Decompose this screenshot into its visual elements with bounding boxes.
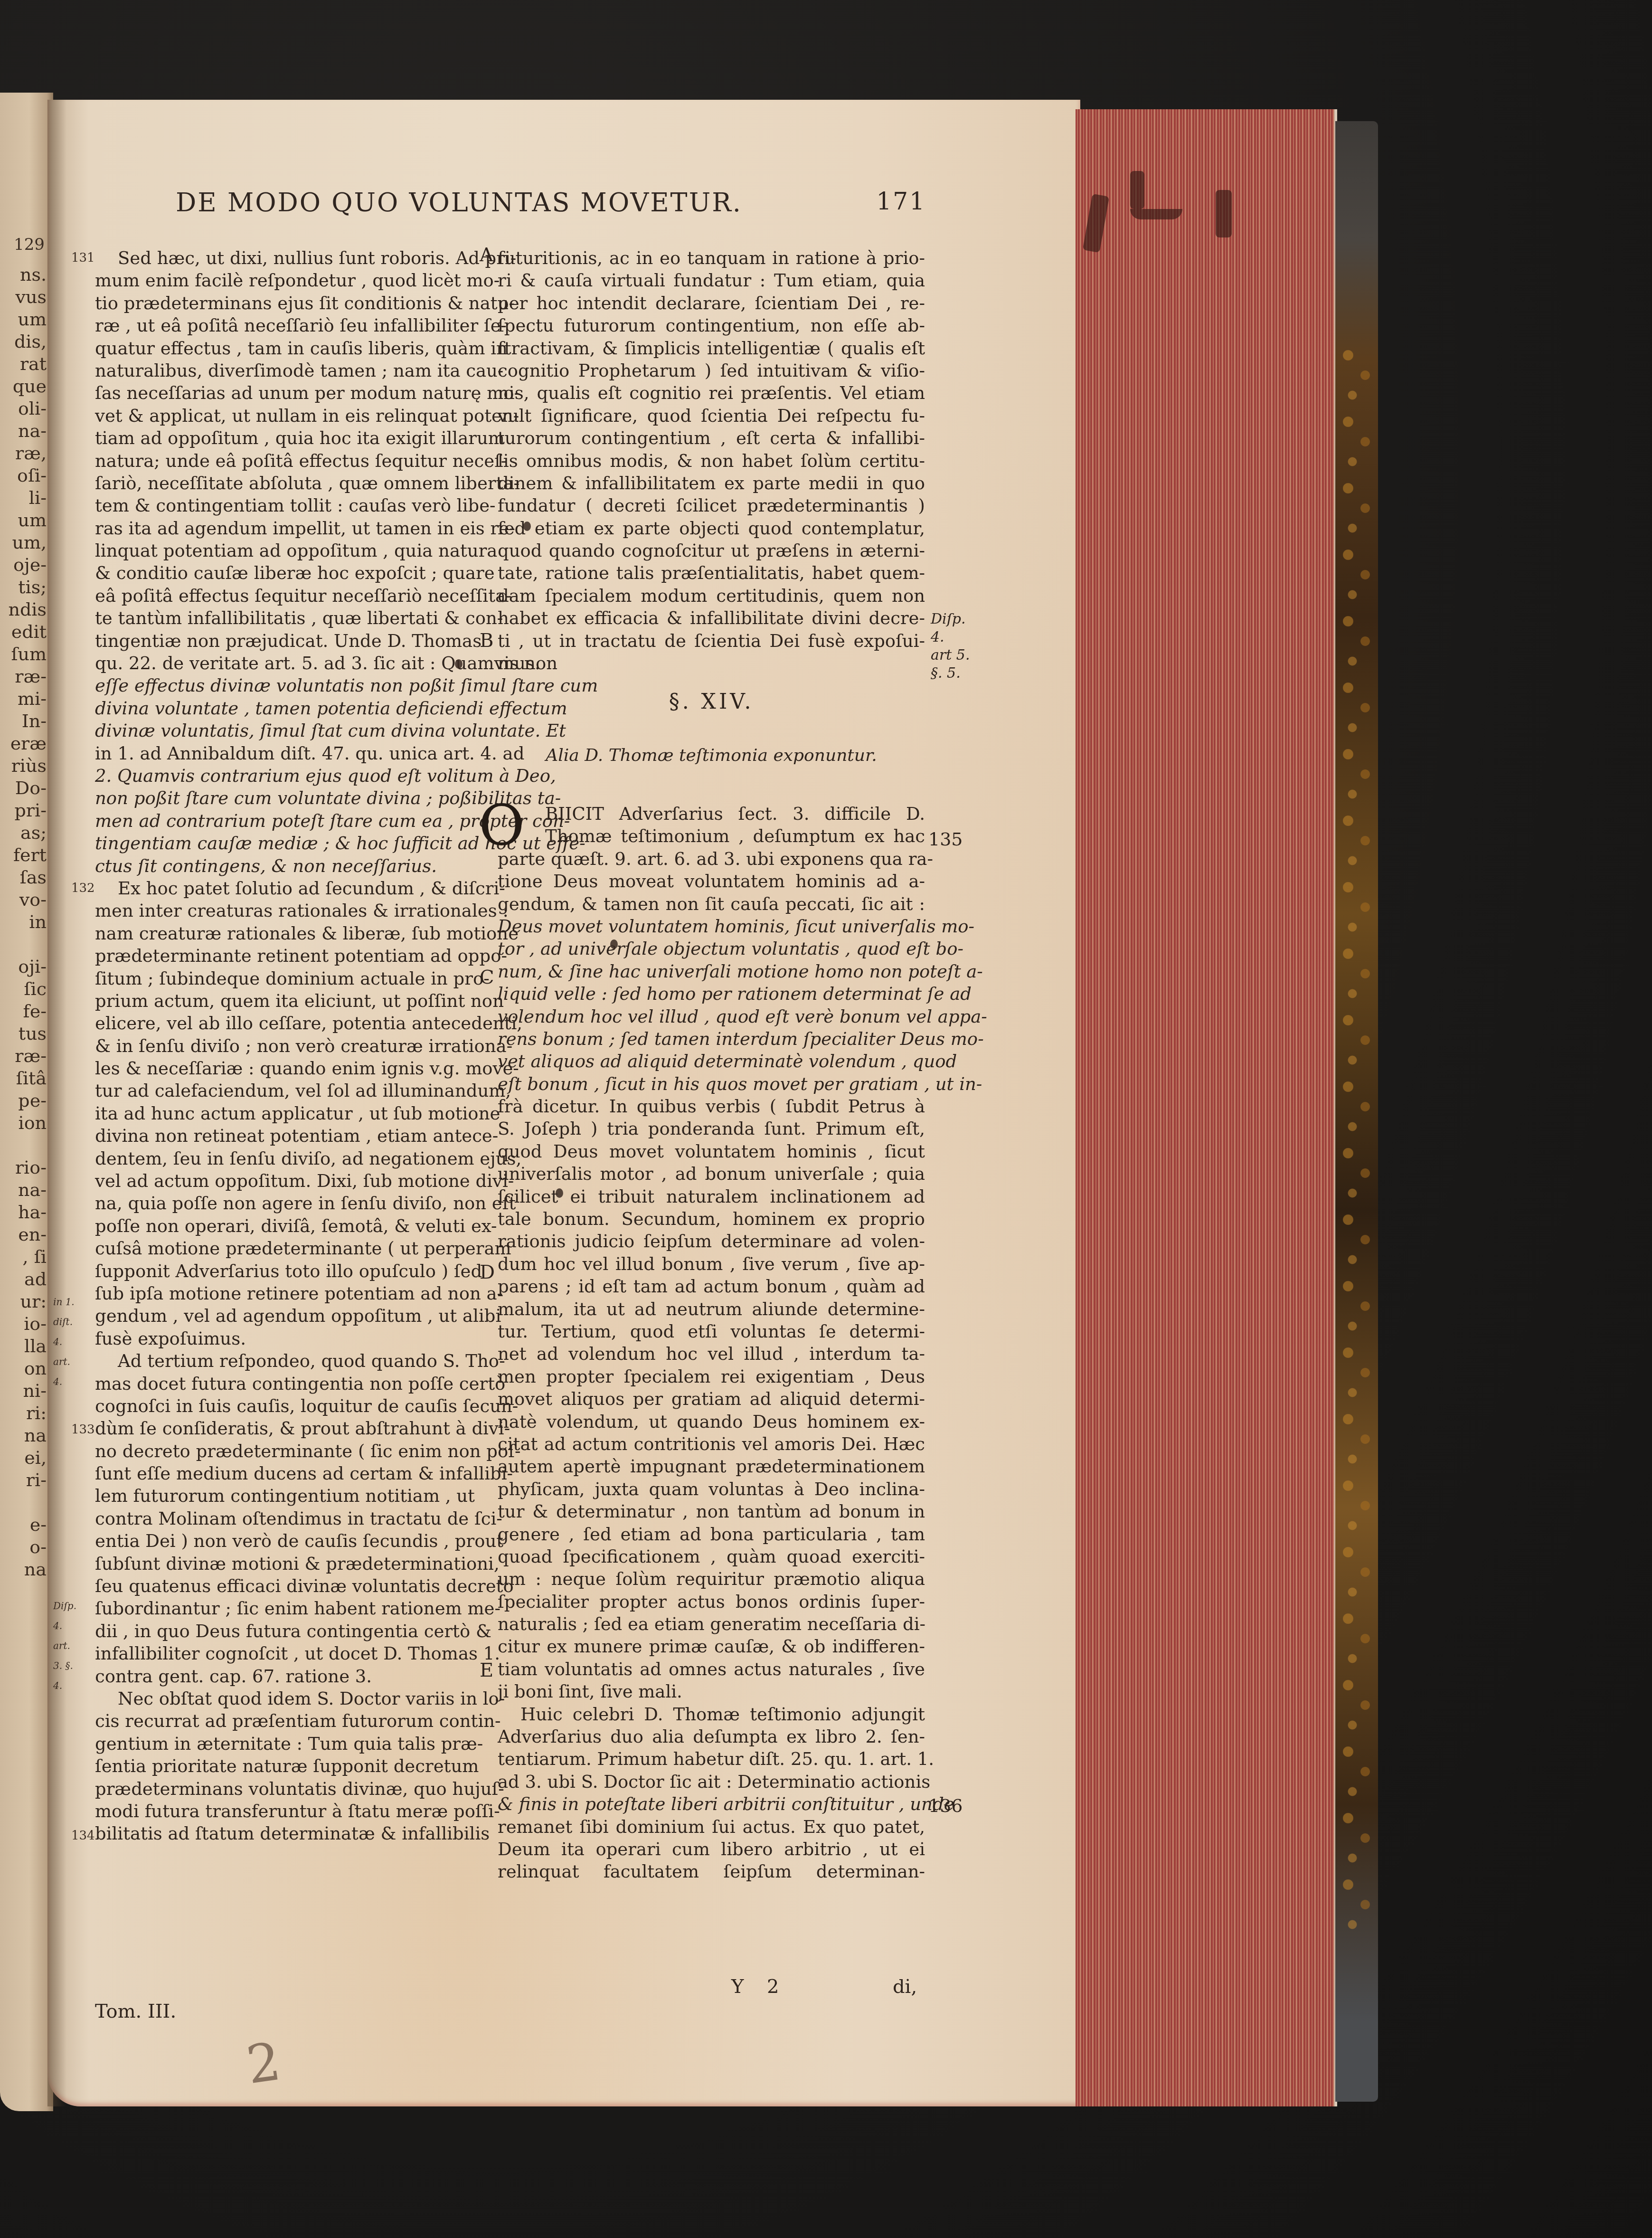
text-line: na, quia poſſe non agere in ſenſu diviſo… [95, 1192, 475, 1214]
fragment-line: ræ- [9, 1045, 47, 1067]
text-line: contra Molinam oſtendimus in tractatu de… [95, 1508, 475, 1530]
text-line: quatur effectus , tam in cauſis liberis,… [95, 337, 475, 360]
text-line: qu. 22. de veritate art. 5. ad 3. ſic ai… [95, 652, 475, 674]
text-line: ri & cauſa virtuali fundatur : Tum etiam… [498, 269, 925, 292]
text-line: remanet ſibi dominium ſui actus. Ex quo … [498, 1816, 925, 1838]
text-line: BIICIT Adverſarius ſect. 3. difficile D. [498, 803, 925, 825]
left-text-column: Sed hæc, ut dixi, nullius ſunt roboris. … [95, 247, 475, 1845]
side-note-line: §. 5. [931, 664, 970, 683]
text-line: quod Deus movet voluntatem hominis , ſic… [498, 1140, 925, 1163]
text-line: tur & determinatur , non tantùm ad bonum… [498, 1500, 925, 1523]
fragment-line: , ſi [9, 1246, 47, 1268]
fragment-line: mi- [9, 688, 47, 710]
text-line: men propter ſpecialem rei exigentiam , D… [498, 1366, 925, 1388]
text-line: cis recurrat ad præſentiam futurorum con… [95, 1710, 475, 1732]
text-line: tingentiam cauſæ mediæ ; & hoc ſufficit … [95, 832, 475, 854]
fragment-line: lla [9, 1335, 47, 1357]
catchword: di, [893, 1976, 917, 1998]
text-line: dii , in quo Deus futura contingentia ce… [95, 1620, 475, 1642]
fragment-line: que [9, 375, 47, 398]
margin-number: 134 [71, 1829, 95, 1843]
text-line: vet aliquos ad aliquid determinatè volen… [498, 1050, 925, 1072]
fragment-line: ſitâ [9, 1067, 47, 1090]
text-line: prium actum, quem ita eliciunt, ut poſſi… [95, 990, 475, 1012]
text-line: ſpectu futurorum contingentium, non eſſe… [498, 314, 925, 337]
fragment-line: as; [9, 822, 47, 844]
text-line: frà dicetur. In quibus verbis ( ſubdit P… [498, 1095, 925, 1118]
fragment-line: In- [9, 710, 47, 732]
margin-number: 131 [71, 251, 95, 265]
text-line: volendum hoc vel illud , quod eſt verè b… [498, 1005, 925, 1028]
fragment-line: e- [9, 1514, 47, 1536]
text-line: cognoſci in ſuis cauſis, loquitur de cau… [95, 1395, 475, 1417]
fragment-line: edit [9, 621, 47, 643]
fragment-line: um, [9, 531, 47, 554]
text-line: relinquat facultatem ſeipſum determinan- [498, 1860, 925, 1883]
text-line: eâ poſitâ effectus ſequitur neceſſariò n… [95, 585, 475, 607]
text-line: tiam ad oppoſitum , quia hoc ita exigit … [95, 427, 475, 449]
fragment-line: in [9, 911, 47, 933]
text-line: ſubordinantur ; ſic enim habent rationem… [95, 1597, 475, 1620]
text-line: citur ex munere primæ cauſæ, & ob indiff… [498, 1635, 925, 1658]
fragment-line [9, 933, 47, 956]
text-line: divinæ voluntatis, ſimul ſtat cum divina… [95, 720, 475, 742]
ink-stain [1216, 190, 1232, 237]
fragment-line: pe- [9, 1090, 47, 1112]
text-line: malum, ita ut ad neutrum aliunde determi… [498, 1298, 925, 1320]
fragment-line: rio- [9, 1157, 47, 1179]
text-line: ad 3. ubi S. Doctor ſic ait : Determinat… [498, 1771, 925, 1793]
text-line: tor , ad univerſale objectum voluntatis … [498, 938, 925, 960]
text-line: & in ſenſu diviſo ; non verò creaturæ ir… [95, 1035, 475, 1057]
left-page-text-fragments: ns.vusumdis,ratqueoli-na-ræ,oſi-li-umum,… [9, 264, 47, 1581]
running-header: DE MODO QUO VOLUNTAS MOVETUR. 171 [176, 188, 926, 221]
section-letter-a: A [480, 244, 493, 266]
fragment-line: ni- [9, 1380, 47, 1402]
fragment-line [9, 1134, 47, 1157]
fragment-line: vus [9, 286, 47, 308]
text-line: elicere, vel ab illo ceſſare, potentia a… [95, 1012, 475, 1034]
text-line: autem apertè impugnant prædeterminatione… [498, 1455, 925, 1478]
text-line: vel ad actum oppoſitum. Dixi, ſub motion… [95, 1170, 475, 1192]
fragment-line: na- [9, 1179, 47, 1201]
left-page-number: 129 [14, 235, 45, 254]
section-heading: §. XIV. [498, 690, 925, 714]
text-line: Thomæ teſtimonium , deſumptum ex hac [498, 825, 925, 847]
fragment-line: eræ [9, 732, 47, 755]
text-line: men inter creaturas rationales & irratio… [95, 900, 475, 922]
fragment-line: ei, [9, 1447, 47, 1469]
text-line: ti , ut in tractatu de ſcientia Dei fusè… [498, 630, 925, 652]
section-letter-e: E [480, 1660, 493, 1681]
text-line: ſub ipſa motione retinere potentiam ad n… [95, 1282, 475, 1305]
fragment-line: ion [9, 1112, 47, 1134]
fragment-line: ri: [9, 1402, 47, 1424]
text-line: ſitum ; ſubindeque dominium actuale in p… [95, 967, 475, 990]
left-facing-page: ns.vusumdis,ratqueoli-na-ræ,oſi-li-umum,… [0, 93, 53, 2111]
text-line: quoad ſpecificationem , quàm quoad exerc… [498, 1546, 925, 1568]
text-line: genere , ſed etiam ad bona particularia … [498, 1523, 925, 1546]
text-line: rationis judicio ſeipſum determinare ad … [498, 1230, 925, 1252]
fragment-line: um [9, 509, 47, 531]
text-line: net ad volendum hoc vel illud , interdum… [498, 1343, 925, 1365]
fragment-line: fe- [9, 1000, 47, 1023]
ink-spot [455, 659, 463, 669]
text-line: ras ita ad agendum impellit, ut tamen in… [95, 517, 475, 540]
fragment-line: tis; [9, 576, 47, 598]
text-line: Adverſarius duo alia deſumpta ex libro 2… [498, 1726, 925, 1748]
text-line: 2. Quamvis contrarium ejus quod eſt voli… [95, 765, 475, 787]
fragment-line: oje- [9, 554, 47, 576]
text-line: ji boni ſint, ſive mali. [498, 1680, 925, 1703]
text-line: quod quando cognoſcitur ut præſens in æt… [498, 540, 925, 562]
text-line: gendum, & tamen non ſit cauſa peccati, ſ… [498, 893, 925, 915]
page-number: 171 [877, 188, 926, 215]
text-line: cuſsâ motione prædeterminante ( ut perpe… [95, 1237, 475, 1260]
fragment-line: um [9, 308, 47, 331]
section-letter-b: B [480, 630, 493, 652]
text-line: contra gent. cap. 67. ratione 3. [95, 1665, 475, 1688]
text-line: ſentia prioritate naturæ ſupponit decret… [95, 1755, 475, 1777]
section-letter-c: C [480, 967, 494, 988]
text-line: eſſe effectus divinæ voluntatis non poßi… [95, 674, 475, 697]
text-line: per hoc intendit declarare, ſcientiam De… [498, 292, 925, 314]
fragment-line: dis, [9, 331, 47, 353]
text-line: natura; unde eâ poſitâ effectus ſequitur… [95, 450, 475, 472]
text-line: tione Deus moveat voluntatem hominis ad … [498, 870, 925, 892]
text-line: nam creaturæ rationales & liberæ, ſub mo… [95, 922, 475, 945]
text-line: Sed hæc, ut dixi, nullius ſunt roboris. … [95, 247, 475, 269]
ink-spot [556, 1188, 563, 1198]
fragment-line: na [9, 1558, 47, 1581]
text-line: tio prædeterminans ejus ſit conditionis … [95, 292, 475, 314]
fragment-line: on [9, 1357, 47, 1380]
text-line: ræ , ut eâ poſitâ neceſſariò ſeu infalli… [95, 314, 475, 337]
text-line: prædeterminans voluntatis divinæ, quo hu… [95, 1778, 475, 1800]
text-line: Ad tertium reſpondeo, quod quando S. Tho… [95, 1350, 475, 1372]
text-line: vult ſignificare, quod ſcientia Dei reſp… [498, 405, 925, 427]
text-line: ſeu quatenus efficaci divinæ voluntatis … [95, 1575, 475, 1597]
margin-number: 135 [928, 829, 963, 850]
fragment-line: ndis [9, 598, 47, 621]
text-line: fusè expoſuimus. [95, 1328, 475, 1350]
text-line: ſtractivam, & ſimplicis intelligentiæ ( … [498, 337, 925, 360]
fragment-line: ns. [9, 264, 47, 286]
text-line: eſt bonum , ſicut in his quos movet per … [498, 1073, 925, 1095]
running-head-title: DE MODO QUO VOLUNTAS MOVETUR. [176, 188, 742, 218]
text-line: cognitio Prophetarum ) ſed intuitivam & … [498, 360, 925, 382]
text-line: parens ; id eſt tam ad actum bonum , quà… [498, 1275, 925, 1298]
fragment-line: ur: [9, 1290, 47, 1313]
text-line: dentem, ſeu in ſenſu diviſo, ad negation… [95, 1147, 475, 1170]
text-line: ſas neceſſarias ad unum per modum naturę… [95, 382, 475, 404]
text-line: mus. [498, 652, 925, 674]
fragment-line: ſic [9, 978, 47, 1000]
text-line: ſariò, neceſſitate abſoluta , quæ omnem … [95, 472, 475, 494]
text-line: les & neceſſariæ : quando enim ignis v.g… [95, 1057, 475, 1080]
text-line: lem futurorum contingentium notitiam , u… [95, 1485, 475, 1507]
text-line: tiam voluntatis ad omnes actus naturales… [498, 1658, 925, 1680]
text-line: phyſicam, juxta quam voluntas à Deo incl… [498, 1478, 925, 1500]
fragment-line: vo- [9, 889, 47, 911]
margin-reference: in 1. diſt. 4. art. 4. [53, 1292, 82, 1392]
red-page-edges [1076, 109, 1337, 2106]
text-line: tentiarum. Primum habetur diſt. 25. qu. … [498, 1748, 925, 1770]
text-line: nis, qualis eſt cognitio rei præſentis. … [498, 382, 925, 404]
text-line: turorum contingentium , eſt certa & infa… [498, 427, 925, 449]
text-line: liquid velle : ſed homo per rationem det… [498, 983, 925, 1005]
fragment-line: ri- [9, 1469, 47, 1491]
text-line: ſpecialiter propter actus bonos ordinis … [498, 1591, 925, 1613]
text-line: dum hoc vel illud bonum , ſive verum , ſ… [498, 1253, 925, 1275]
text-line: mum enim facilè reſpondetur , quod licèt… [95, 269, 475, 292]
text-line: tate, ratione talis præſentialitatis, ha… [498, 562, 925, 584]
text-line: parte quæſt. 9. art. 6. ad 3. ubi expone… [498, 848, 925, 870]
fragment-line: li- [9, 487, 47, 509]
text-line: natè volendum, ut quando Deus hominem ex… [498, 1411, 925, 1433]
fragment-line: ſas [9, 866, 47, 889]
text-line: Huic celebri D. Thomæ teſtimonio adjungi… [498, 1703, 925, 1726]
fragment-line: rat [9, 353, 47, 375]
fragment-line: oli- [9, 398, 47, 420]
text-line: habet ex efficacia & infallibilitate div… [498, 607, 925, 629]
marbled-cover-pattern [1335, 342, 1378, 1943]
margin-number: 136 [928, 1795, 963, 1816]
text-line: gendum , vel ad agendum oppoſitum , ut a… [95, 1305, 475, 1327]
fragment-line: ſum [9, 643, 47, 665]
text-line: ctus ſit contingens, & non neceſſarius. [95, 855, 475, 877]
text-line: futuritionis, ac in eo tanquam in ration… [498, 247, 925, 269]
text-line: dinem & infallibilitatem ex parte medii … [498, 472, 925, 494]
fragment-line: riùs [9, 755, 47, 777]
text-line: tingentiæ non præjudicat. Unde D. Thomas [95, 630, 475, 652]
ink-spot [610, 939, 618, 949]
text-line: tale bonum. Secundum, hominem ex proprio [498, 1208, 925, 1230]
text-line: gentium in æternitate : Tum quia talis p… [95, 1733, 475, 1755]
text-line: rens bonum ; ſed tamen interdum ſpeciali… [498, 1028, 925, 1050]
text-line: ita ad hunc actum applicatur , ut ſub mo… [95, 1102, 475, 1125]
fragment-line: ad [9, 1268, 47, 1290]
text-line: tur ad calefaciendum, vel ſol ad illumin… [95, 1080, 475, 1102]
side-note: Diſp. 4. art 5. §. 5. [931, 610, 970, 683]
text-line: non poßit ſtare cum voluntate divina ; p… [95, 787, 475, 809]
text-line: ſunt eſſe medium ducens ad certam & infa… [95, 1462, 475, 1485]
text-line: entia Dei ) non verò de cauſis ſecundis … [95, 1530, 475, 1552]
text-line: & conditio cauſæ liberæ hoc expoſcit ; q… [95, 562, 475, 584]
text-line: ſubſunt divinæ motioni & prædeterminatio… [95, 1553, 475, 1575]
text-line: in 1. ad Annibaldum diſt. 47. qu. unica … [95, 742, 475, 765]
fragment-line: o- [9, 1536, 47, 1558]
text-line: naturalis ; ſed ea etiam generatim neceſ… [498, 1613, 925, 1635]
text-line: te tantùm infallibilitatis , quæ liberta… [95, 607, 475, 629]
right-text-column-bottom: BIICIT Adverſarius ſect. 3. difficile D.… [498, 803, 925, 1883]
fragment-line: pri- [9, 799, 47, 822]
fragment-line: io- [9, 1313, 47, 1335]
fragment-line: na [9, 1424, 47, 1447]
text-line: S. Joſeph ) tria ponderanda ſunt. Primum… [498, 1118, 925, 1140]
fragment-line: ha- [9, 1201, 47, 1223]
ink-stain [1130, 209, 1182, 219]
text-line: Ex hoc patet ſolutio ad ſecundum , & diſ… [95, 877, 475, 900]
text-line: bilitatis ad ſtatum determinatæ & infall… [95, 1822, 475, 1845]
text-line: no decreto prædeterminante ( ſic enim no… [95, 1440, 475, 1462]
text-line: dùm ſe conſideratis, & prout abſtrahunt … [95, 1417, 475, 1440]
text-line: ſed etiam ex parte objecti quod contempl… [498, 517, 925, 540]
fragment-line [9, 1491, 47, 1514]
text-line: divina non retineat potentiam , etiam an… [95, 1125, 475, 1147]
fragment-line: na- [9, 420, 47, 442]
text-line: citat ad actum contritionis vel amoris D… [498, 1433, 925, 1455]
fragment-line: ræ, [9, 442, 47, 465]
right-text-column-top: futuritionis, ac in eo tanquam in ration… [498, 247, 925, 674]
text-line: um : neque ſolùm requiritur præmotio ali… [498, 1568, 925, 1590]
text-line: modi futura transferuntur à ſtatu meræ p… [95, 1800, 475, 1822]
volume-mark: Tom. III. [95, 2001, 176, 2022]
text-line: linquat potentiam ad oppoſitum , quia na… [95, 540, 475, 562]
fragment-line: Do- [9, 777, 47, 799]
margin-number: 132 [71, 881, 95, 895]
text-line: lis omnibus modis, & non habet ſolùm cer… [498, 450, 925, 472]
fragment-line: en- [9, 1223, 47, 1246]
text-line: men ad contrarium poteſt ſtare cum ea , … [95, 810, 475, 832]
text-line: naturalibus, diverſimodè tamen ; nam ita… [95, 360, 475, 382]
text-line: univerſalis motor , ad bonum univerſale … [498, 1163, 925, 1185]
fragment-line: oji- [9, 956, 47, 978]
text-line: divina voluntate , tamen potentia defici… [95, 697, 475, 720]
text-line: ſupponit Adverſarius toto illo opuſculo … [95, 1260, 475, 1282]
text-line: & finis in poteſtate liberi arbitrii con… [498, 1793, 925, 1815]
ink-spot [523, 522, 531, 531]
margin-number: 133 [71, 1422, 95, 1437]
text-line: Deum ita operari cum libero arbitrio , u… [498, 1838, 925, 1860]
fragment-line: tus [9, 1023, 47, 1045]
side-note-line: 4. [931, 628, 970, 646]
gutter-shadow [47, 100, 66, 2106]
fragment-line: fert [9, 844, 47, 866]
margin-reference: Diſp. 4. art. 3. §. 4. [53, 1596, 82, 1696]
text-line: num, & ſine hac univerſali motione homo … [498, 960, 925, 983]
text-line: poſſe non operari, diviſâ, ſemotâ, & vel… [95, 1215, 475, 1237]
ink-stain [1130, 171, 1144, 209]
text-line: Nec obſtat quod idem S. Doctor variis in… [95, 1688, 475, 1710]
section-letter-d: D [480, 1261, 495, 1283]
text-line: infallibiliter cognoſcit , ut docet D. T… [95, 1642, 475, 1665]
side-note-line: art 5. [931, 646, 970, 664]
text-line: dam ſpecialem modum certitudinis, quem n… [498, 585, 925, 607]
side-note-line: Diſp. [931, 610, 970, 628]
text-line: tem & contingentiam tollit : cauſas verò… [95, 494, 475, 517]
signature-mark: Y 2 [731, 1976, 788, 1998]
fragment-line: oſi- [9, 465, 47, 487]
fragment-line: ræ- [9, 665, 47, 688]
section-subtitle: Alia D. Thomæ teſtimonia exponuntur. [498, 746, 925, 765]
text-line: Deus movet voluntatem hominis, ſicut uni… [498, 915, 925, 938]
text-line: prædeterminante retinent potentiam ad op… [95, 945, 475, 967]
text-line: mas docet futura contingentia non poſſe … [95, 1373, 475, 1395]
text-line: tur. Tertium, quod etſi voluntas ſe dete… [498, 1320, 925, 1343]
text-line: fundatur ( decreti ſcilicet prædetermina… [498, 494, 925, 517]
text-line: vet & applicat, ut nullam in eis relinqu… [95, 405, 475, 427]
text-line: movet aliquos per gratiam ad aliquid det… [498, 1388, 925, 1410]
